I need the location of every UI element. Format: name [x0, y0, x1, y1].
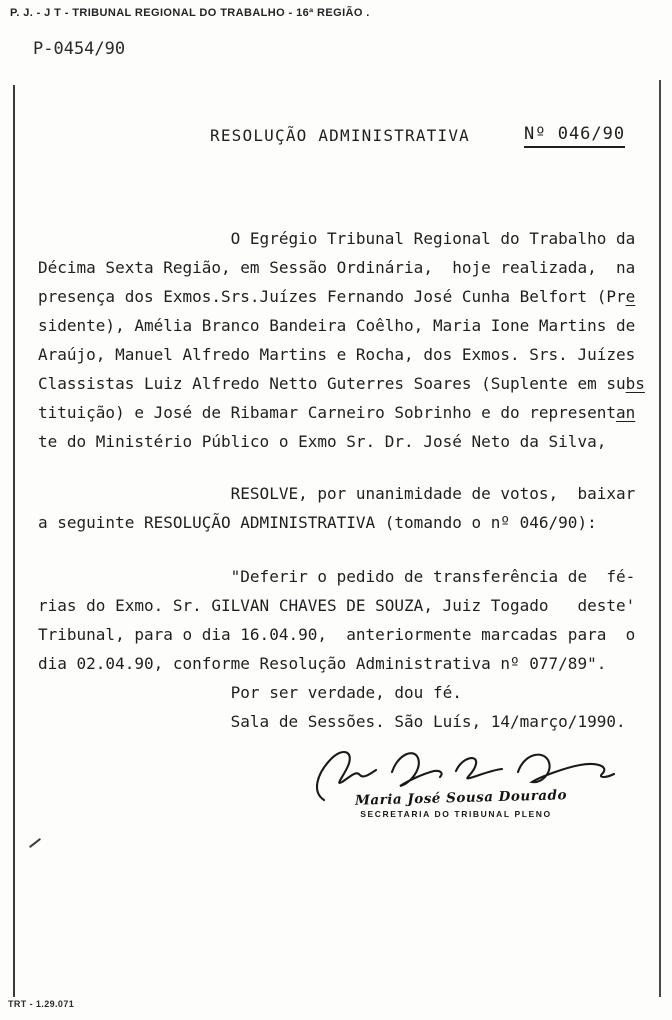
paragraph: "Deferir o pedido de transferência de fé… [38, 562, 644, 678]
document-line: presença dos Exmos.Srs.Juízes Fernando J… [38, 282, 644, 311]
document-line: Sala de Sessões. São Luís, 14/março/1990… [38, 707, 644, 736]
scanned-document-page: P. J. - J T - TRIBUNAL REGIONAL DO TRABA… [0, 0, 672, 1020]
process-number: P-0454/90 [33, 39, 125, 59]
document-line: O Egrégio Tribunal Regional do Trabalho … [38, 224, 644, 253]
document-line: Araújo, Manuel Alfredo Martins e Rocha, … [38, 340, 644, 369]
document-line: Décima Sexta Região, em Sessão Ordinária… [38, 253, 644, 282]
document-line: Tribunal, para o dia 16.04.90, anteriorm… [38, 620, 644, 649]
stray-pen-mark [29, 838, 41, 848]
form-code: TRT - 1.29.071 [8, 999, 74, 1009]
paragraph: RESOLVE, por unanimidade de votos, baixa… [38, 479, 644, 537]
resolution-number: Nº 046/90 [524, 124, 625, 148]
signature-stamp-role: SECRETARIA DO TRIBUNAL PLENO [326, 809, 586, 819]
document-line: sidente), Amélia Branco Bandeira Coêlho,… [38, 311, 644, 340]
document-title: RESOLUÇÃO ADMINISTRATIVA [210, 126, 470, 145]
document-line: "Deferir o pedido de transferência de fé… [38, 562, 644, 591]
document-line: a seguinte RESOLUÇÃO ADMINISTRATIVA (tom… [38, 508, 644, 537]
document-line: te do Ministério Público o Exmo Sr. Dr. … [38, 427, 644, 456]
document-line: Classistas Luiz Alfredo Netto Guterres S… [38, 369, 644, 398]
court-header: P. J. - J T - TRIBUNAL REGIONAL DO TRABA… [10, 7, 370, 19]
left-margin-rule [13, 85, 15, 997]
document-line: Por ser verdade, dou fé. [38, 678, 644, 707]
signature-block: Maria José Sousa Dourado SECRETARIA DO T… [308, 744, 628, 819]
right-margin-rule [659, 80, 661, 997]
document-line: dia 02.04.90, conforme Resolução Adminis… [38, 649, 644, 678]
paragraph: Por ser verdade, dou fé. Sala de Sessões… [38, 678, 644, 736]
document-line: RESOLVE, por unanimidade de votos, baixa… [38, 479, 644, 508]
document-line: rias do Exmo. Sr. GILVAN CHAVES DE SOUZA… [38, 591, 644, 620]
document-body: O Egrégio Tribunal Regional do Trabalho … [38, 224, 644, 736]
paragraph: O Egrégio Tribunal Regional do Trabalho … [38, 224, 644, 456]
document-line: tituição) e José de Ribamar Carneiro Sob… [38, 398, 644, 427]
